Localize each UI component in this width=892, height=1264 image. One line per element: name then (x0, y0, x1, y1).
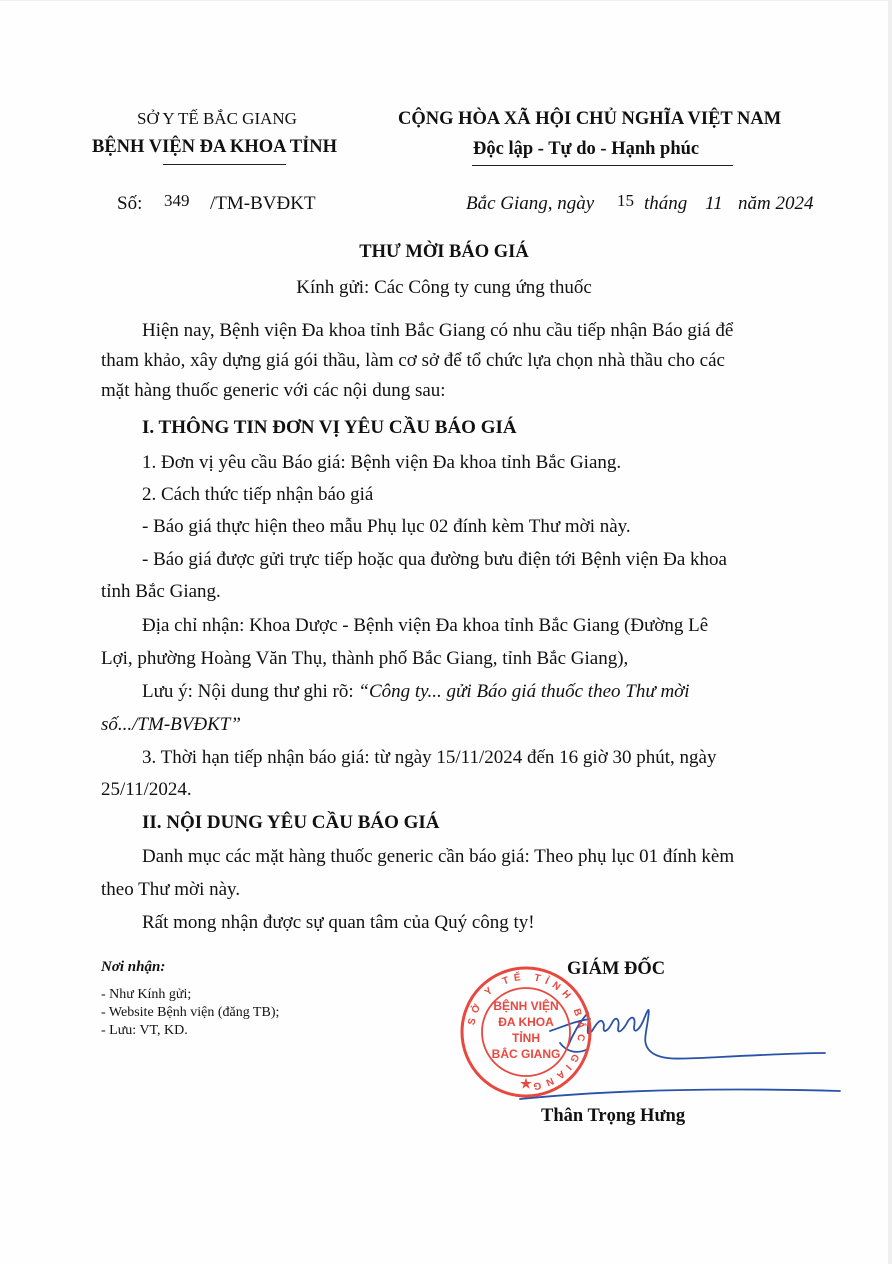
recipients-title: Nơi nhận: (101, 959, 165, 976)
section-1-item-1: 1. Đơn vị yêu cầu Báo giá: Bệnh viện Đa … (142, 453, 621, 472)
section-2-heading: II. NỘI DUNG YÊU CẦU BÁO GIÁ (142, 812, 440, 834)
recipient-item-2: - Website Bệnh viện (đăng TB); (101, 1004, 279, 1021)
section-1-bullet-2-line-2: tỉnh Bắc Giang. (101, 582, 221, 601)
unit-underline (163, 164, 286, 165)
svg-text:★: ★ (520, 1076, 532, 1091)
section-2-text-line-1: Danh mục các mặt hàng thuốc generic cần … (142, 847, 734, 866)
recipient-item-1: - Như Kính gửi; (101, 986, 191, 1003)
note-quote-1: “Công ty... gửi Báo giá thuốc theo Thư m… (358, 681, 689, 702)
section-1-bullet-2-line-1: - Báo giá được gửi trực tiếp hoặc qua đư… (142, 550, 727, 569)
doc-number-suffix: /TM-BVĐKT (210, 193, 316, 215)
svg-text:BẮC GIANG: BẮC GIANG (492, 1046, 561, 1061)
date-year: năm 2024 (738, 193, 813, 215)
section-1-item-3-line-2: 25/11/2024. (101, 780, 192, 799)
note-line-2: số.../TM-BVĐKT” (101, 715, 241, 734)
address-line-2: Lợi, phường Hoàng Văn Thụ, thành phố Bắc… (101, 649, 628, 668)
signer-name: Thân Trọng Hưng (541, 1106, 685, 1127)
date-day: 15 (617, 191, 634, 211)
section-1-item-3-line-1: 3. Thời hạn tiếp nhận báo giá: từ ngày 1… (142, 748, 716, 767)
svg-text:ĐA KHOA: ĐA KHOA (498, 1015, 554, 1029)
intro-line-1: Hiện nay, Bệnh viện Đa khoa tỉnh Bắc Gia… (142, 321, 733, 340)
document-page: SỞ Y TẾ BẮC GIANG BỆNH VIỆN ĐA KHOA TỈNH… (0, 1, 888, 1264)
address-line-1: Địa chỉ nhận: Khoa Dược - Bệnh viện Đa k… (142, 616, 708, 635)
svg-text:TỈNH: TỈNH (512, 1030, 540, 1045)
date-prefix: Bắc Giang, ngày (466, 193, 594, 215)
official-stamp-icon: SỞ Y TẾ TỈNH BẮC GIANG BỆNH VIỆN ĐA KHOA… (458, 964, 594, 1100)
document-title: THƯ MỜI BÁO GIÁ (0, 242, 888, 263)
section-1-item-2: 2. Cách thức tiếp nhận báo giá (142, 485, 373, 504)
section-2-text-line-2: theo Thư mời này. (101, 880, 240, 899)
svg-text:BỆNH VIỆN: BỆNH VIỆN (493, 998, 558, 1013)
unit-name: BỆNH VIỆN ĐA KHOA TỈNH (92, 137, 337, 158)
doc-number-label: Số: (117, 193, 142, 215)
intro-line-2: tham khảo, xây dựng giá gói thầu, làm cơ… (101, 351, 725, 370)
motto-underline (472, 165, 733, 166)
date-month: 11 (705, 193, 723, 215)
closing-line: Rất mong nhận được sự quan tâm của Quý c… (142, 913, 535, 932)
section-1-heading: I. THÔNG TIN ĐƠN VỊ YÊU CẦU BÁO GIÁ (142, 417, 517, 439)
note-line-1: Lưu ý: Nội dung thư ghi rõ: “Công ty... … (142, 682, 690, 701)
intro-line-3: mặt hàng thuốc generic với các nội dung … (101, 381, 446, 400)
section-1-bullet-1: - Báo giá thực hiện theo mẫu Phụ lục 02 … (142, 517, 631, 536)
date-month-label: tháng (644, 193, 687, 215)
national-motto: Độc lập - Tự do - Hạnh phúc (473, 139, 699, 160)
recipient-item-3: - Lưu: VT, KD. (101, 1022, 188, 1039)
note-prefix: Lưu ý: Nội dung thư ghi rõ: (142, 681, 358, 702)
country-name: CỘNG HÒA XÃ HỘI CHỦ NGHĨA VIỆT NAM (398, 109, 781, 130)
recipient-line: Kính gửi: Các Công ty cung ứng thuốc (0, 277, 888, 299)
doc-number-value: 349 (164, 191, 190, 211)
agency-name: SỞ Y TẾ BẮC GIANG (137, 109, 297, 129)
